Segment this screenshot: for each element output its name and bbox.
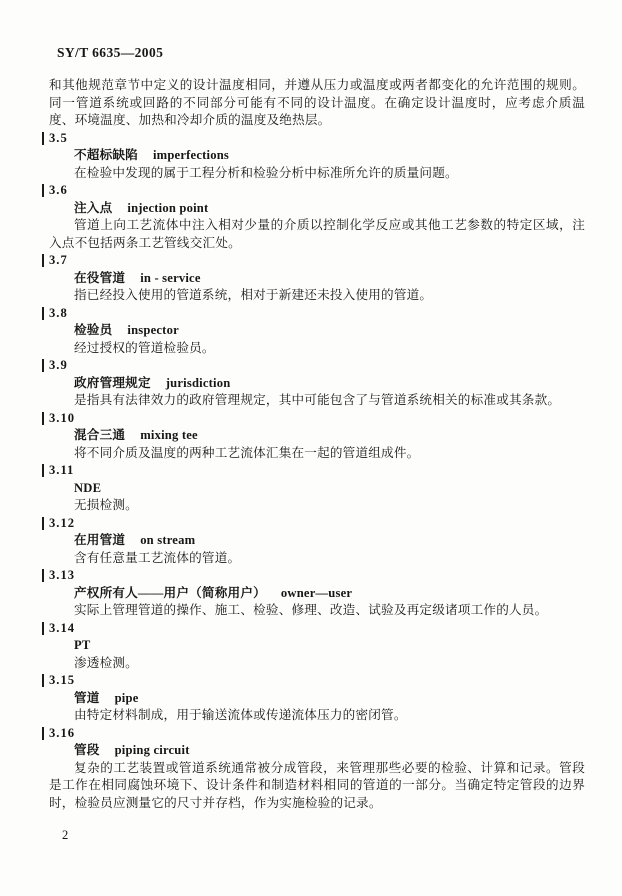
section-number-line: 3.13 <box>49 567 585 585</box>
term-english: on stream <box>140 533 195 547</box>
section-number-line: 3.8 <box>49 305 585 323</box>
revision-marker-bar <box>42 132 44 145</box>
term-line: 在用管道on stream <box>49 532 585 550</box>
term-english: in - service <box>140 271 200 285</box>
term-line: 在役管道in - service <box>49 270 585 288</box>
term-line: 政府管理规定jurisdiction <box>49 375 585 393</box>
revision-marker-bar <box>42 254 44 267</box>
term-english: piping circuit <box>115 743 190 757</box>
section-number-line: 3.15 <box>49 672 585 690</box>
section-number-line: 3.7 <box>49 252 585 270</box>
definition-section: 3.10 混合三通mixing tee 将不同介质及温度的两种工艺流体汇集在一起… <box>49 410 585 463</box>
section-number-line: 3.11 <box>49 462 585 480</box>
definition-text: 复杂的工艺装置或管道系统通常被分成管段，来管理那些必要的检验、计算和记录。管段是… <box>49 760 585 813</box>
term-chinese: 注入点 <box>74 201 112 215</box>
term-english: mixing tee <box>140 428 198 442</box>
definition-text: 含有任意量工艺流体的管道。 <box>49 550 585 568</box>
term-chinese: NDE <box>74 481 101 495</box>
section-number-line: 3.6 <box>49 182 585 200</box>
definition-section: 3.12 在用管道on stream 含有任意量工艺流体的管道。 <box>49 515 585 568</box>
definition-text: 将不同介质及温度的两种工艺流体汇集在一起的管道组成件。 <box>49 445 585 463</box>
revision-marker-bar <box>42 412 44 425</box>
intro-paragraph: 和其他规范章节中定义的设计温度相同，并遵从压力或温度或两者都变化的允许范围的规则… <box>49 77 585 130</box>
revision-marker-bar <box>42 622 44 635</box>
term-english: injection point <box>127 201 208 215</box>
revision-marker-bar <box>42 464 44 477</box>
term-chinese: 在用管道 <box>74 533 125 547</box>
definition-section: 3.5 不超标缺陷imperfections 在检验中发现的属于工程分析和检验分… <box>49 130 585 183</box>
section-number: 3.11 <box>49 463 74 477</box>
section-number: 3.8 <box>49 306 68 320</box>
term-chinese: 不超标缺陷 <box>74 148 138 162</box>
definition-text: 在检验中发现的属于工程分析和检验分析中标准所允许的质量问题。 <box>49 165 585 183</box>
term-english: owner—user <box>281 586 352 600</box>
revision-marker-bar <box>42 359 44 372</box>
term-line: 混合三通mixing tee <box>49 427 585 445</box>
definition-section: 3.8 检验员inspector 经过授权的管道检验员。 <box>49 305 585 358</box>
section-number-line: 3.14 <box>49 620 585 638</box>
document-page: SY/T 6635—2005 和其他规范章节中定义的设计温度相同，并遵从压力或温… <box>0 0 622 896</box>
section-number: 3.9 <box>49 358 68 372</box>
term-english: inspector <box>127 323 178 337</box>
definition-text: 渗透检测。 <box>49 655 585 673</box>
definition-text: 指已经投入使用的管道系统，相对于新建还未投入使用的管道。 <box>49 287 585 305</box>
section-number-line: 3.12 <box>49 515 585 533</box>
term-english: imperfections <box>153 148 229 162</box>
definition-text: 经过授权的管道检验员。 <box>49 340 585 358</box>
term-chinese: 产权所有人——用户（简称用户） <box>74 586 266 600</box>
term-chinese: 在役管道 <box>74 271 125 285</box>
definition-section: 3.9 政府管理规定jurisdiction 是指具有法律效力的政府管理规定，其… <box>49 357 585 410</box>
section-number: 3.7 <box>49 253 68 267</box>
section-number: 3.14 <box>49 621 75 635</box>
revision-marker-bar <box>42 517 44 530</box>
term-line: 检验员inspector <box>49 322 585 340</box>
revision-marker-bar <box>42 184 44 197</box>
term-line: 不超标缺陷imperfections <box>49 147 585 165</box>
definition-text: 由特定材料制成，用于输送流体或传递流体压力的密闭管。 <box>49 707 585 725</box>
definition-section: 3.15 管道pipe 由特定材料制成，用于输送流体或传递流体压力的密闭管。 <box>49 672 585 725</box>
definition-section: 3.14 PT 渗透检测。 <box>49 620 585 673</box>
term-chinese: 检验员 <box>74 323 112 337</box>
revision-marker-bar <box>42 727 44 740</box>
term-line: NDE <box>49 480 585 498</box>
term-chinese: 管段 <box>74 743 100 757</box>
section-number-line: 3.10 <box>49 410 585 428</box>
section-number: 3.12 <box>49 516 75 530</box>
term-chinese: 管道 <box>74 691 100 705</box>
definition-section: 3.16 管段piping circuit 复杂的工艺装置或管道系统通常被分成管… <box>49 725 585 813</box>
page-content: 和其他规范章节中定义的设计温度相同，并遵从压力或温度或两者都变化的允许范围的规则… <box>49 77 585 812</box>
section-number: 3.10 <box>49 411 75 425</box>
revision-marker-bar <box>42 674 44 687</box>
page-number: 2 <box>62 828 68 843</box>
definition-text: 无损检测。 <box>49 497 585 515</box>
section-number-line: 3.5 <box>49 130 585 148</box>
section-number: 3.13 <box>49 568 75 582</box>
section-number-line: 3.16 <box>49 725 585 743</box>
definition-text: 是指具有法律效力的政府管理规定，其中可能包含了与管道系统相关的标准或其条款。 <box>49 392 585 410</box>
definition-section: 3.6 注入点injection point 管道上向工艺流体中注入相对少量的介… <box>49 182 585 252</box>
section-number: 3.16 <box>49 726 75 740</box>
section-number: 3.5 <box>49 131 68 145</box>
term-line: 管段piping circuit <box>49 742 585 760</box>
term-line: 管道pipe <box>49 690 585 708</box>
definition-section: 3.7 在役管道in - service 指已经投入使用的管道系统，相对于新建还… <box>49 252 585 305</box>
term-english: jurisdiction <box>166 376 231 390</box>
definition-text: 管道上向工艺流体中注入相对少量的介质以控制化学反应或其他工艺参数的特定区域，注入… <box>49 217 585 252</box>
section-number: 3.6 <box>49 183 68 197</box>
revision-marker-bar <box>42 307 44 320</box>
term-english: pipe <box>115 691 139 705</box>
section-number-line: 3.9 <box>49 357 585 375</box>
definitions-list: 3.5 不超标缺陷imperfections 在检验中发现的属于工程分析和检验分… <box>49 130 585 813</box>
definition-section: 3.11 NDE 无损检测。 <box>49 462 585 515</box>
term-chinese: PT <box>74 638 91 652</box>
term-line: PT <box>49 637 585 655</box>
revision-marker-bar <box>42 569 44 582</box>
term-line: 产权所有人——用户（简称用户）owner—user <box>49 585 585 603</box>
term-chinese: 混合三通 <box>74 428 125 442</box>
section-number: 3.15 <box>49 673 75 687</box>
definition-section: 3.13 产权所有人——用户（简称用户）owner—user 实际上管理管道的操… <box>49 567 585 620</box>
definition-text: 实际上管理管道的操作、施工、检验、修理、改造、试验及再定级诸项工作的人员。 <box>49 602 585 620</box>
term-chinese: 政府管理规定 <box>74 376 151 390</box>
term-line: 注入点injection point <box>49 200 585 218</box>
standard-code: SY/T 6635—2005 <box>57 45 163 61</box>
